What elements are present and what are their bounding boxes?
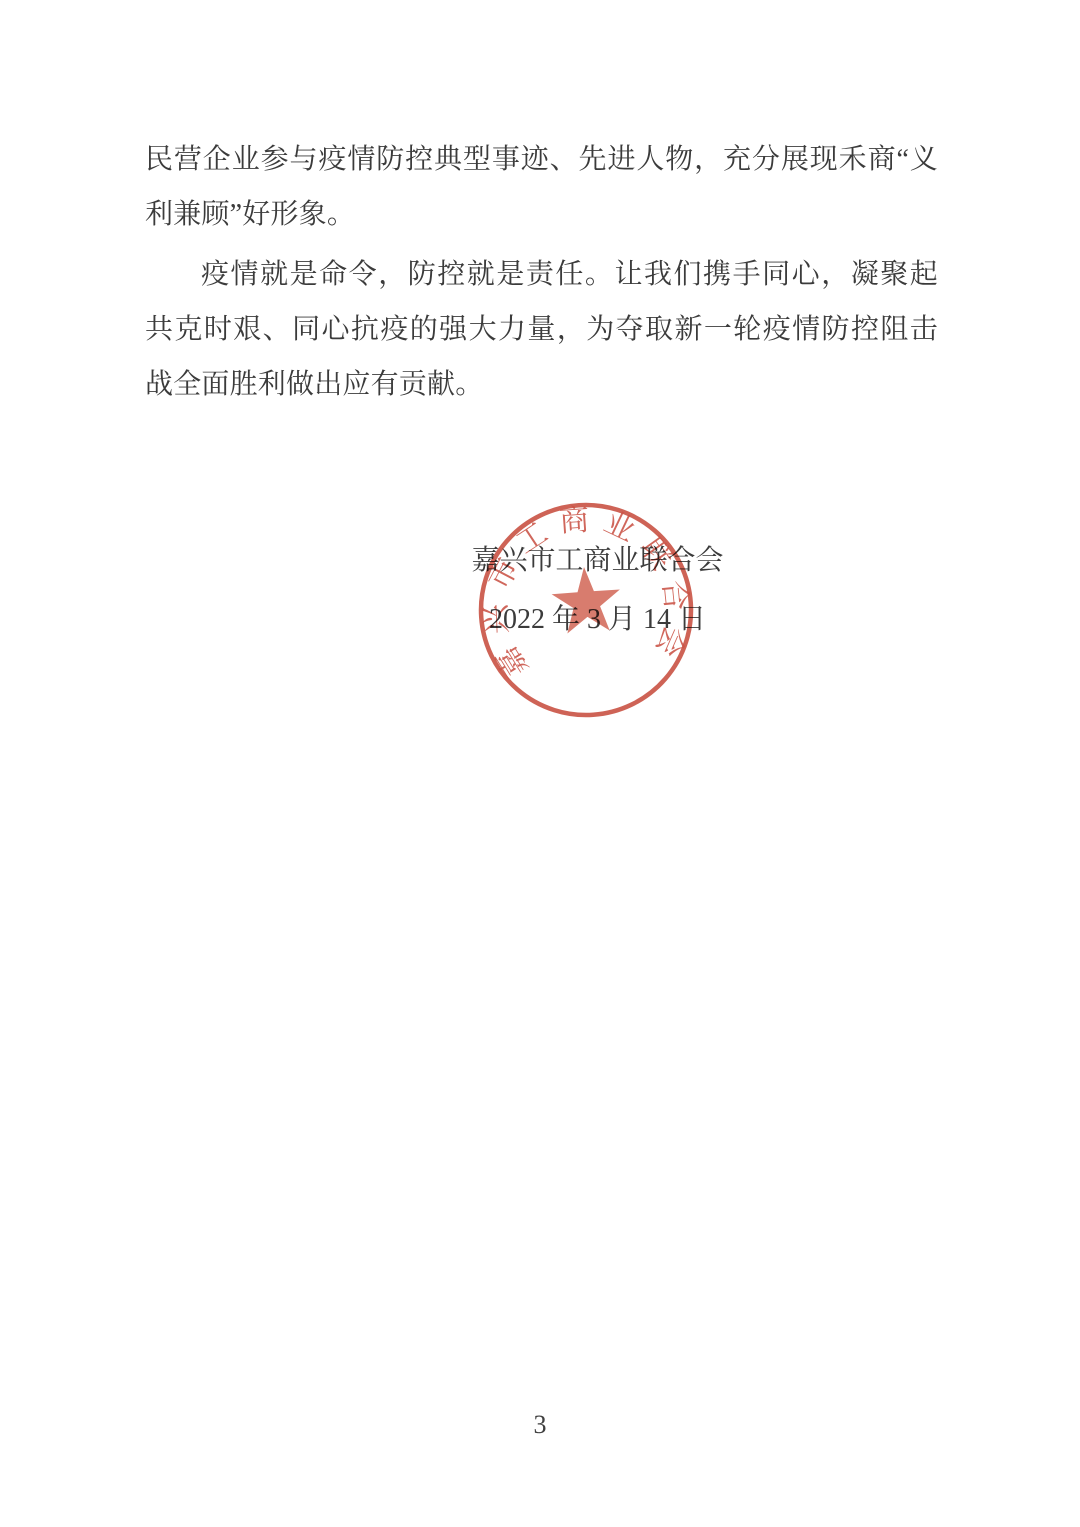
paragraph1-line1: 民营企业参与疫情防控典型事迹、先进人物，充分展现禾商“义 <box>145 140 938 180</box>
paragraph2-line2: 共克时艰、同心抗疫的强大力量，为夺取新一轮疫情防控阻击 <box>145 310 938 350</box>
star-icon <box>550 565 623 635</box>
page-number: 3 <box>0 1410 1080 1440</box>
official-seal-stamp: 嘉兴市工商业联合会 <box>471 495 701 725</box>
paragraph2-line3: 战全面胜利做出应有贡献。 <box>145 365 938 405</box>
paragraph2-line1: 疫情就是命令，防控就是责任。让我们携手同心，凝聚起 <box>145 255 938 295</box>
document-page: 民营企业参与疫情防控典型事迹、先进人物，充分展现禾商“义 利兼顾”好形象。 疫情… <box>0 0 1080 1527</box>
paragraph1-line2: 利兼顾”好形象。 <box>145 195 938 235</box>
